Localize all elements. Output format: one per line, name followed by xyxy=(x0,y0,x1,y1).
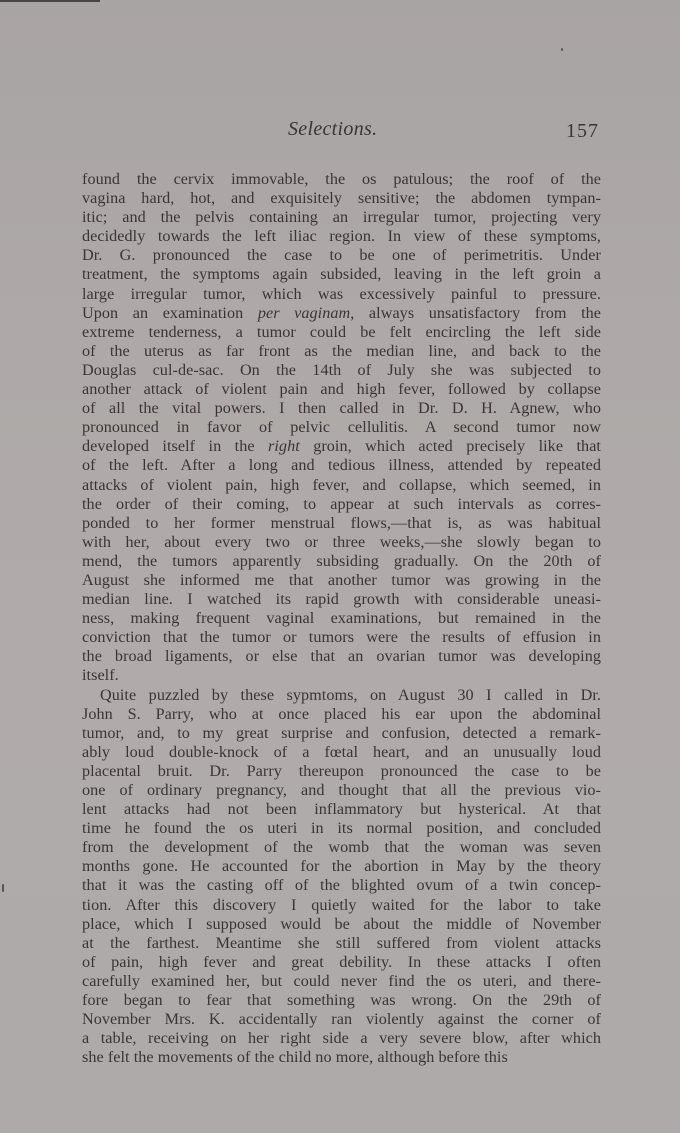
text-line: ably loud double-knock of a fœtal heart,… xyxy=(82,743,601,762)
paragraph: found the cervix immovable, the os patul… xyxy=(82,170,601,686)
paper-speck xyxy=(561,48,563,51)
text-line: John S. Parry, who at once placed his ea… xyxy=(82,705,601,724)
text-line: tumor, and, to my great surprise and con… xyxy=(82,724,601,743)
text-line: the order of their coming, to appear at … xyxy=(82,495,601,514)
text-line: lent attacks had not been inflammatory b… xyxy=(82,800,601,819)
text-line: fore began to fear that something was wr… xyxy=(82,991,601,1010)
text-line: median line. I watched its rapid growth … xyxy=(82,590,601,609)
running-head: Selections. 157 xyxy=(0,118,680,148)
text-line: conviction that the tumor or tumors were… xyxy=(82,628,601,647)
text-line: months gone. He accounted for the aborti… xyxy=(82,857,601,876)
text-line: decidedly towards the left iliac region.… xyxy=(82,227,601,246)
text-line: another attack of violent pain and high … xyxy=(82,380,601,399)
text-line: itself. xyxy=(82,666,601,685)
paragraph: Quite puzzled by these sypmtoms, on Augu… xyxy=(82,686,601,1068)
scanned-page: Selections. 157 found the cervix immovab… xyxy=(0,0,680,1133)
text-line: carefully examined her, but could never … xyxy=(82,972,601,991)
text-line: Dr. G. pronounced the case to be one of … xyxy=(82,246,601,265)
running-title: Selections. xyxy=(288,118,377,141)
text-line: the broad ligaments, or else that an ova… xyxy=(82,647,601,666)
text-line: time he found the os uteri in its normal… xyxy=(82,819,601,838)
italic-phrase: per vaginam xyxy=(258,304,350,322)
text-line: developed itself in the right groin, whi… xyxy=(82,437,601,456)
text-line: mend, the tumors apparently subsiding gr… xyxy=(82,552,601,571)
text-line: placental bruit. Dr. Parry thereupon pro… xyxy=(82,762,601,781)
text-line: November Mrs. K. accidentally ran violen… xyxy=(82,1010,601,1029)
text-line: Upon an examination per vaginam, always … xyxy=(82,304,601,323)
page-top-edge xyxy=(0,0,100,2)
text-line: found the cervix immovable, the os patul… xyxy=(82,170,601,189)
text-line: place, which I supposed would be about t… xyxy=(82,915,601,934)
text-line: that it was the casting off of the bligh… xyxy=(82,876,601,895)
text-line: of the uterus as far front as the median… xyxy=(82,342,601,361)
text-line: of all the vital powers. I then called i… xyxy=(82,399,601,418)
text-line: treatment, the symptoms again subsided, … xyxy=(82,265,601,284)
text-line: of the left. After a long and tedious il… xyxy=(82,456,601,475)
text-line: Douglas cul-de-sac. On the 14th of July … xyxy=(82,361,601,380)
text-line: of pain, high fever and great debility. … xyxy=(82,953,601,972)
text-line: extreme tenderness, a tumor could be fel… xyxy=(82,323,601,342)
text-line: tion. After this discovery I quietly wai… xyxy=(82,896,601,915)
italic-phrase: right xyxy=(268,437,300,455)
text-line: at the farthest. Meantime she still suff… xyxy=(82,934,601,953)
text-line: with her, about every two or three weeks… xyxy=(82,533,601,552)
body-text: found the cervix immovable, the os patul… xyxy=(82,170,601,1067)
text-line: Quite puzzled by these sypmtoms, on Augu… xyxy=(82,686,601,705)
text-line: large irregular tumor, which was excessi… xyxy=(82,285,601,304)
page-number: 157 xyxy=(566,120,599,143)
text-line: ness, making frequent vaginal examinatio… xyxy=(82,609,601,628)
paper-speck xyxy=(2,884,4,892)
text-line: she felt the movements of the child no m… xyxy=(82,1048,601,1067)
text-line: itic; and the pelvis containing an irreg… xyxy=(82,208,601,227)
text-line: from the development of the womb that th… xyxy=(82,838,601,857)
text-line: ponded to her former menstrual flows,—th… xyxy=(82,514,601,533)
text-line: vagina hard, hot, and exquisitely sensit… xyxy=(82,189,601,208)
text-line: August she informed me that another tumo… xyxy=(82,571,601,590)
text-line: a table, receiving on her right side a v… xyxy=(82,1029,601,1048)
text-line: attacks of violent pain, high fever, and… xyxy=(82,476,601,495)
text-line: pronounced in favor of pelvic cellulitis… xyxy=(82,418,601,437)
text-line: one of ordinary pregnancy, and thought t… xyxy=(82,781,601,800)
